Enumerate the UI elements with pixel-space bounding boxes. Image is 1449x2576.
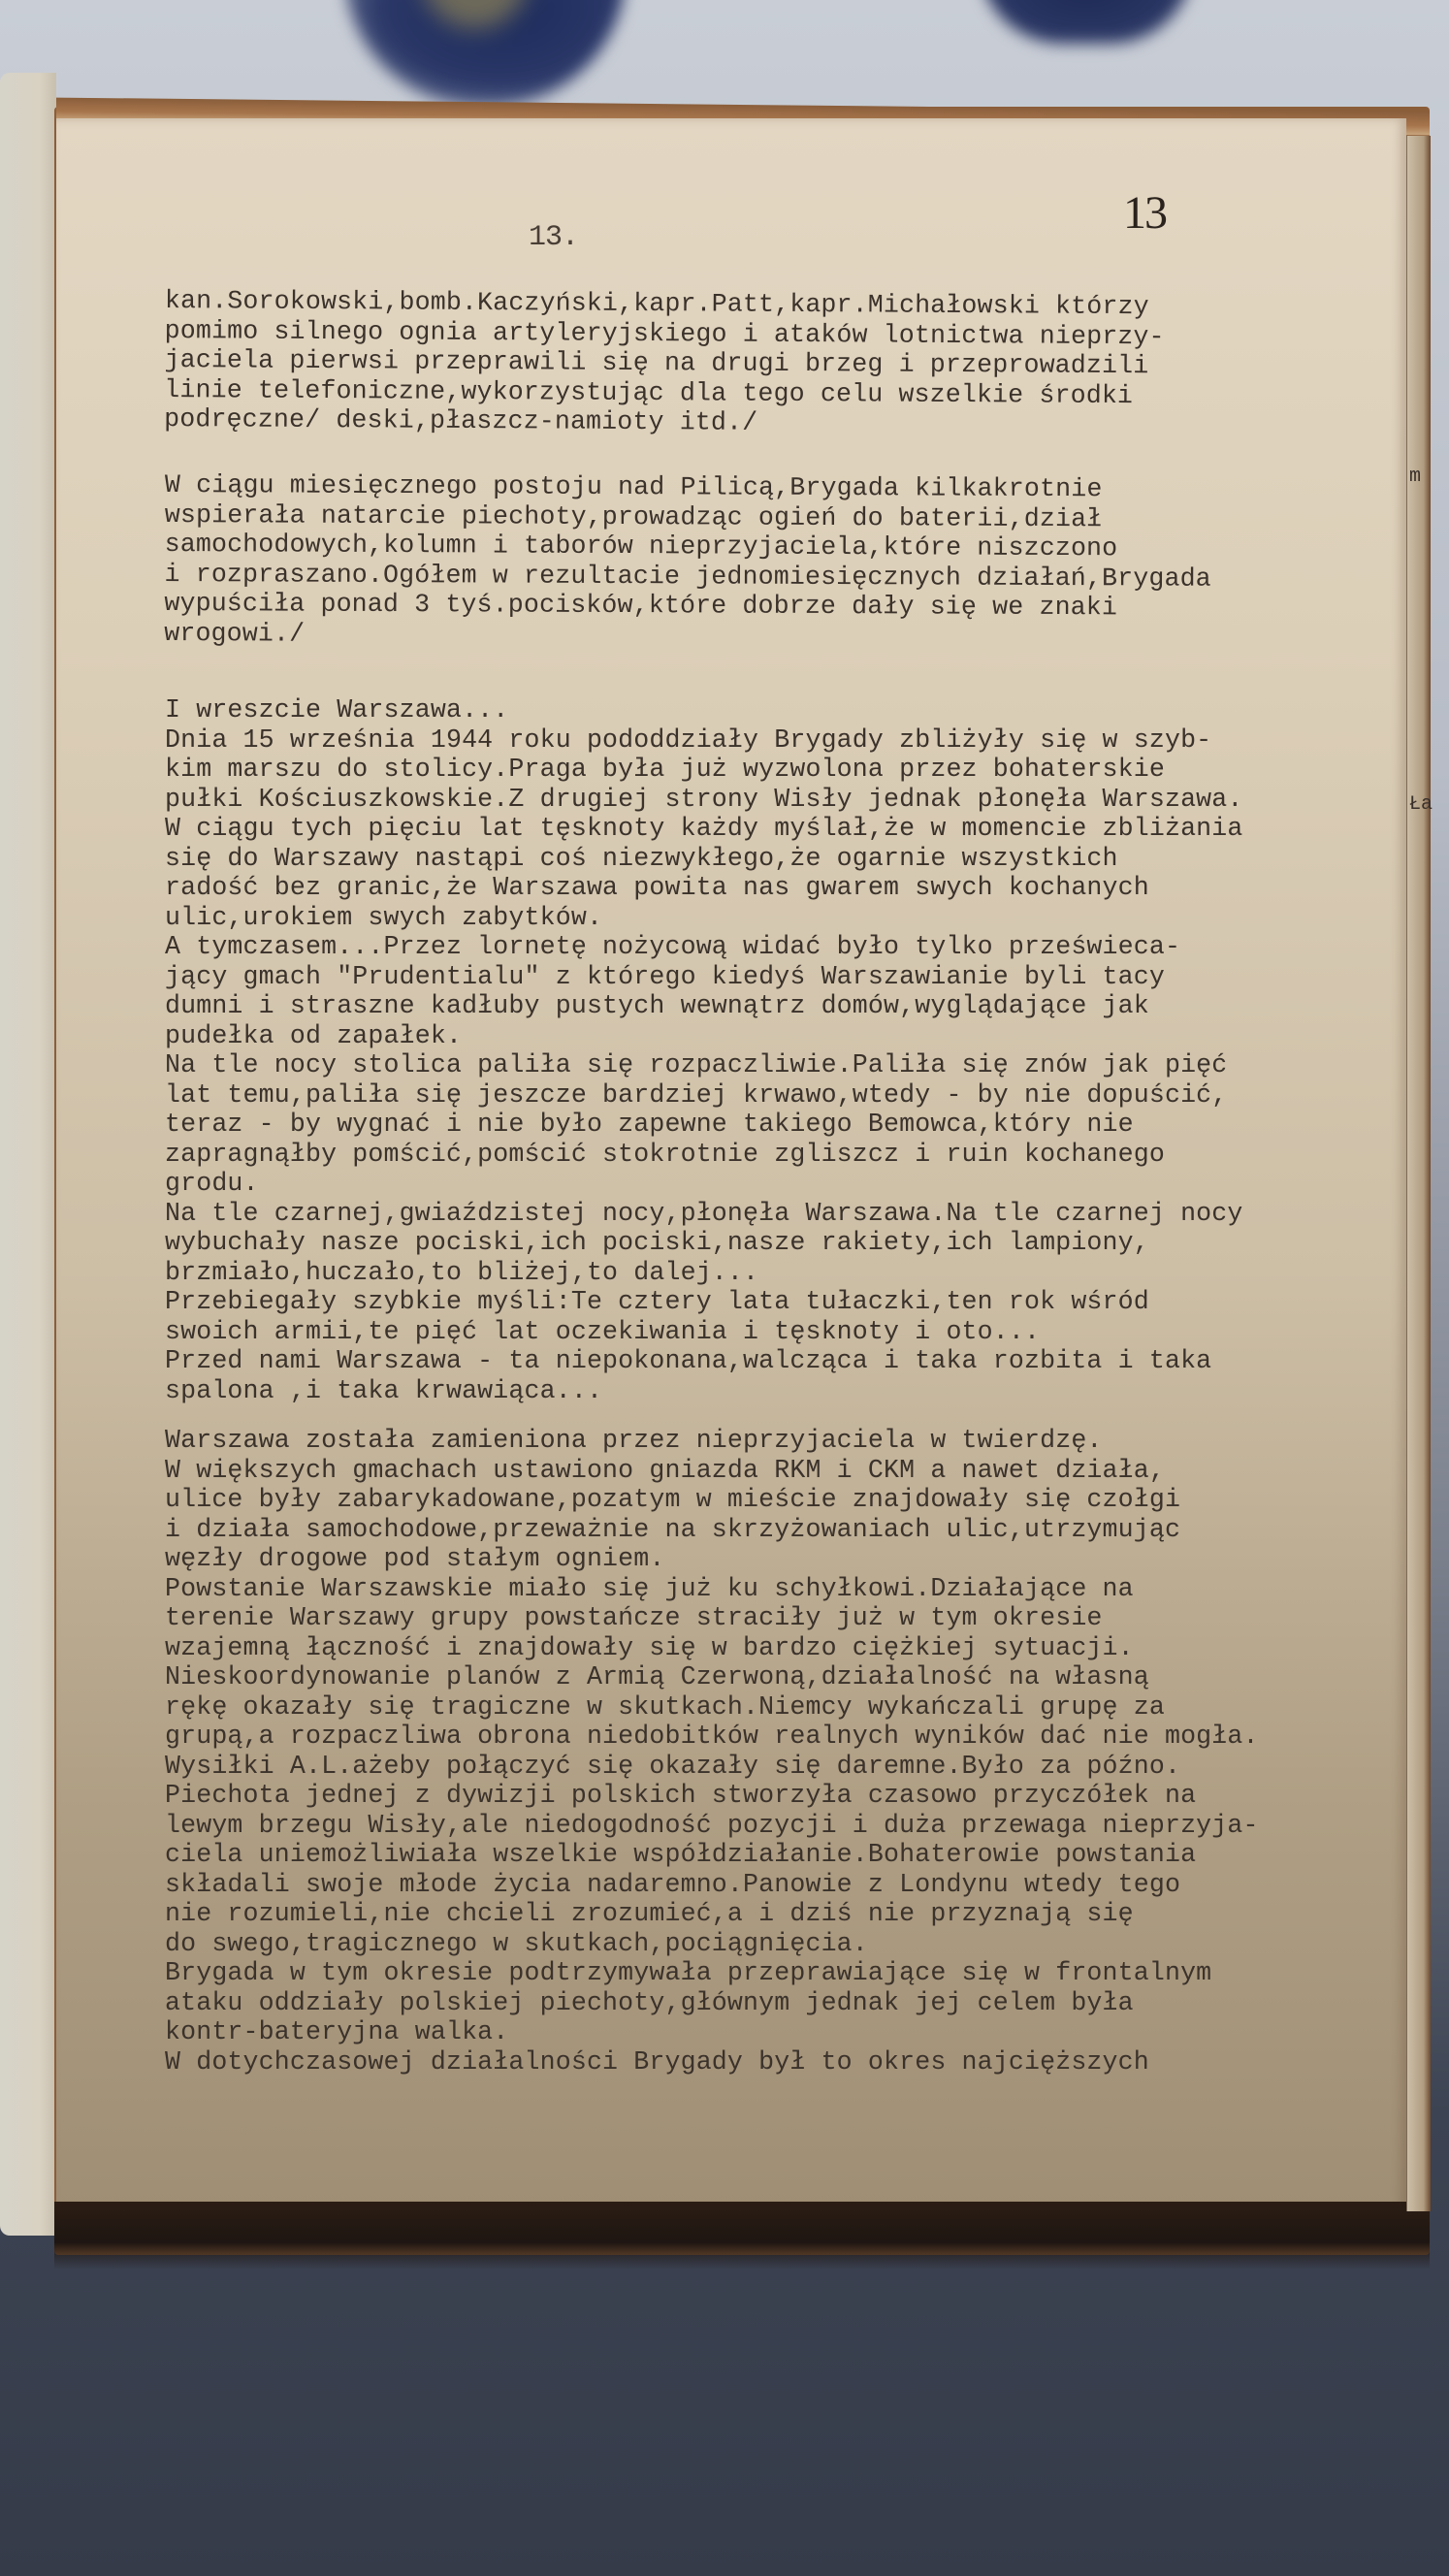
text-line: wrogowi./: [164, 618, 1434, 653]
page-bottom-shadow: [54, 2202, 1430, 2270]
text-line: ulice były zabarykadowane,pozatym w mieś…: [165, 1485, 1435, 1515]
text-line: nie rozumieli,nie chcieli zrozumieć,a i …: [165, 1899, 1435, 1929]
text-line: Powstanie Warszawskie miało się już ku s…: [165, 1574, 1435, 1604]
text-line: rękę okazały się tragiczne w skutkach.Ni…: [165, 1692, 1435, 1723]
text-line: terenie Warszawy grupy powstańcze straci…: [165, 1603, 1435, 1633]
text-line: W ciągu miesięcznego postoju nad Pilicą,…: [165, 470, 1435, 505]
text-line: węzły drogowe pod stałym ogniem.: [165, 1544, 1435, 1574]
text-line: Nieskoordynowanie planów z Armią Czerwon…: [165, 1662, 1435, 1692]
shadow-object-right: [980, 0, 1193, 44]
text-line: wybuchały nasze pociski,ich pociski,nasz…: [165, 1228, 1435, 1258]
text-line: Na tle nocy stolica paliła się rozpaczli…: [165, 1050, 1435, 1080]
text-line: grupą,a rozpaczliwa obrona niedobitków r…: [165, 1722, 1435, 1752]
text-line: A tymczasem...Przez lornetę nożycową wid…: [165, 932, 1435, 962]
text-line: radość bez granic,że Warszawa powita nas…: [165, 873, 1435, 903]
text-line: W większych gmachach ustawiono gniazda R…: [165, 1456, 1435, 1486]
text-line: wypuściła ponad 3 tyś.pocisków,które dob…: [164, 589, 1434, 624]
text-line: I wreszcie Warszawa...: [165, 695, 1435, 725]
shadow-object-left: [344, 0, 626, 107]
text-line: W ciągu tych pięciu lat tęsknoty każdy m…: [165, 814, 1435, 844]
typed-page-number: 13.: [529, 221, 578, 254]
stamped-page-number: 13: [1123, 186, 1166, 240]
text-line: grodu.: [165, 1169, 1435, 1199]
text-line: Przed nami Warszawa - ta niepokonana,wal…: [165, 1346, 1435, 1376]
text-line: kontr-bateryjna walka.: [165, 2017, 1435, 2047]
text-line: lat temu,paliła się jeszcze bardziej krw…: [165, 1080, 1435, 1111]
text-line: pudełka od zapałek.: [165, 1021, 1435, 1051]
text-line: Przebiegały szybkie myśli:Te cztery lata…: [165, 1287, 1435, 1317]
text-line: swoich armii,te pięć lat oczekiwania i t…: [165, 1317, 1435, 1347]
text-line: jący gmach "Prudentialu" z którego kiedy…: [165, 962, 1435, 992]
text-line: Na tle czarnej,gwiaździstej nocy,płonęła…: [165, 1199, 1435, 1229]
text-line: wzajemną łączność i znajdowały się w bar…: [165, 1633, 1435, 1663]
binding-edge: [0, 73, 56, 2236]
text-line: Piechota jednej z dywizji polskich stwor…: [165, 1781, 1435, 1811]
text-line: do swego,tragicznego w skutkach,pociągni…: [165, 1929, 1435, 1959]
text-line: Warszawa została zamieniona przez nieprz…: [165, 1426, 1435, 1456]
text-line: i działa samochodowe,przeważnie na skrzy…: [165, 1515, 1435, 1545]
text-line: ciela uniemożliwiała wszelkie współdział…: [165, 1840, 1435, 1870]
paragraph-4: Warszawa została zamieniona przez nieprz…: [165, 1426, 1435, 2077]
text-line: samochodowych,kolumn i taborów nieprzyja…: [165, 530, 1435, 564]
text-line: Dnia 15 września 1944 roku pododdziały B…: [165, 725, 1435, 756]
paragraph-1: kan.Sorokowski,bomb.Kaczyński,kapr.Patt,…: [164, 286, 1435, 441]
text-line: dumni i straszne kadłuby pustych wewnątr…: [165, 991, 1435, 1021]
text-line: się do Warszawy nastąpi coś niezwykłego,…: [165, 844, 1435, 874]
paragraph-2: W ciągu miesięcznego postoju nad Pilicą,…: [164, 470, 1435, 654]
text-line: pułki Kościuszkowskie.Z drugiej strony W…: [165, 785, 1435, 815]
text-line: kim marszu do stolicy.Praga była już wyz…: [165, 755, 1435, 785]
text-line: ataku oddziały polskiej piechoty,głównym…: [165, 1988, 1435, 2018]
text-line: W dotychczasowej działalności Brygady by…: [165, 2047, 1435, 2077]
text-line: teraz - by wygnać i nie było zapewne tak…: [165, 1110, 1435, 1140]
text-line: składali swoje młode życia nadaremno.Pan…: [165, 1870, 1435, 1900]
text-line: Wysiłki A.L.ażeby połączyć się okazały s…: [165, 1752, 1435, 1782]
text-line: spalona ,i taka krwawiąca...: [165, 1376, 1435, 1406]
text-line: zapragnąłby pomścić,pomścić stokrotnie z…: [165, 1140, 1435, 1170]
text-line: lewym brzegu Wisły,ale niedogodność pozy…: [165, 1811, 1435, 1841]
text-line: Brygada w tym okresie podtrzymywała prze…: [165, 1958, 1435, 1988]
text-line: brzmiało,huczało,to bliżej,to dalej...: [165, 1258, 1435, 1288]
text-line: ulic,urokiem swych zabytków.: [165, 903, 1435, 933]
paragraph-3: I wreszcie Warszawa...Dnia 15 września 1…: [165, 695, 1435, 1405]
